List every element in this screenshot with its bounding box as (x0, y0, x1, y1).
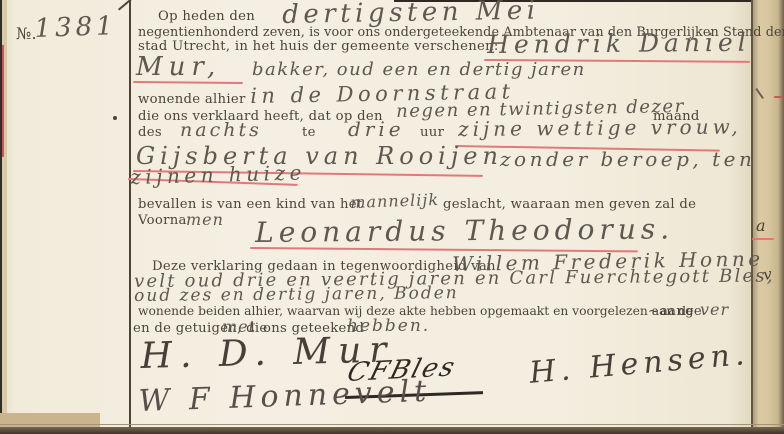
line15-squiggle: ~ (648, 304, 659, 319)
witness2-age-occupation: oud zes en dertig jaren, Boden (134, 283, 459, 306)
column-rule (129, 0, 131, 427)
time-of-day: nachts (180, 119, 262, 141)
line1-printed: Op heden den (158, 9, 255, 24)
red-margin-dash (752, 238, 774, 240)
signature-registrar: H. Hensen. (528, 337, 751, 391)
wife-phrase: zijne wettige vrouw, (458, 115, 742, 141)
bottom-shadow-band (0, 427, 784, 434)
birth-hour: drie (348, 117, 405, 141)
line7-printed-a: des (138, 125, 162, 140)
father-first-names: Hendrik Daniel (487, 28, 751, 59)
father-occupation-age: bakker, oud een en dertig jaren (252, 59, 586, 80)
red-underline (133, 81, 243, 84)
red-edge-dash (774, 96, 783, 98)
line10-printed-b: geslacht, waaraan men geven zal de (443, 197, 696, 212)
child-names: Leonardus Theodorus. (255, 212, 674, 249)
child-gender: mannelijk (350, 190, 439, 212)
mother-occupation: zonder beroep, ten (500, 147, 755, 171)
birth-record-scan: №. 1381 Op heden den dertigsten Mei nege… (0, 0, 784, 434)
line7-printed-b: te (302, 125, 316, 140)
line7-printed-c: uur (420, 125, 444, 140)
paper-bottom-line (0, 424, 784, 425)
father-surname: Mur, (136, 52, 221, 82)
line11-hand-suffix: men (186, 210, 224, 229)
act-number: 1381 (34, 11, 117, 44)
left-red-margin-line (2, 45, 4, 157)
at-his-house: zijnen huize (130, 160, 306, 189)
margin-note-a: a (756, 216, 766, 235)
signature-witness-honnevelt: W F Honnevelt (138, 374, 432, 419)
line15-printed-b: aange (660, 304, 702, 319)
line15-hand: ver (700, 300, 729, 319)
page-edge-line (751, 0, 753, 434)
line5-printed: wonende alhier (138, 92, 246, 107)
line11-printed: Voorna (138, 213, 187, 228)
margin-dot (113, 116, 117, 120)
line10-printed-a: bevallen is van een kind van het (138, 197, 362, 212)
